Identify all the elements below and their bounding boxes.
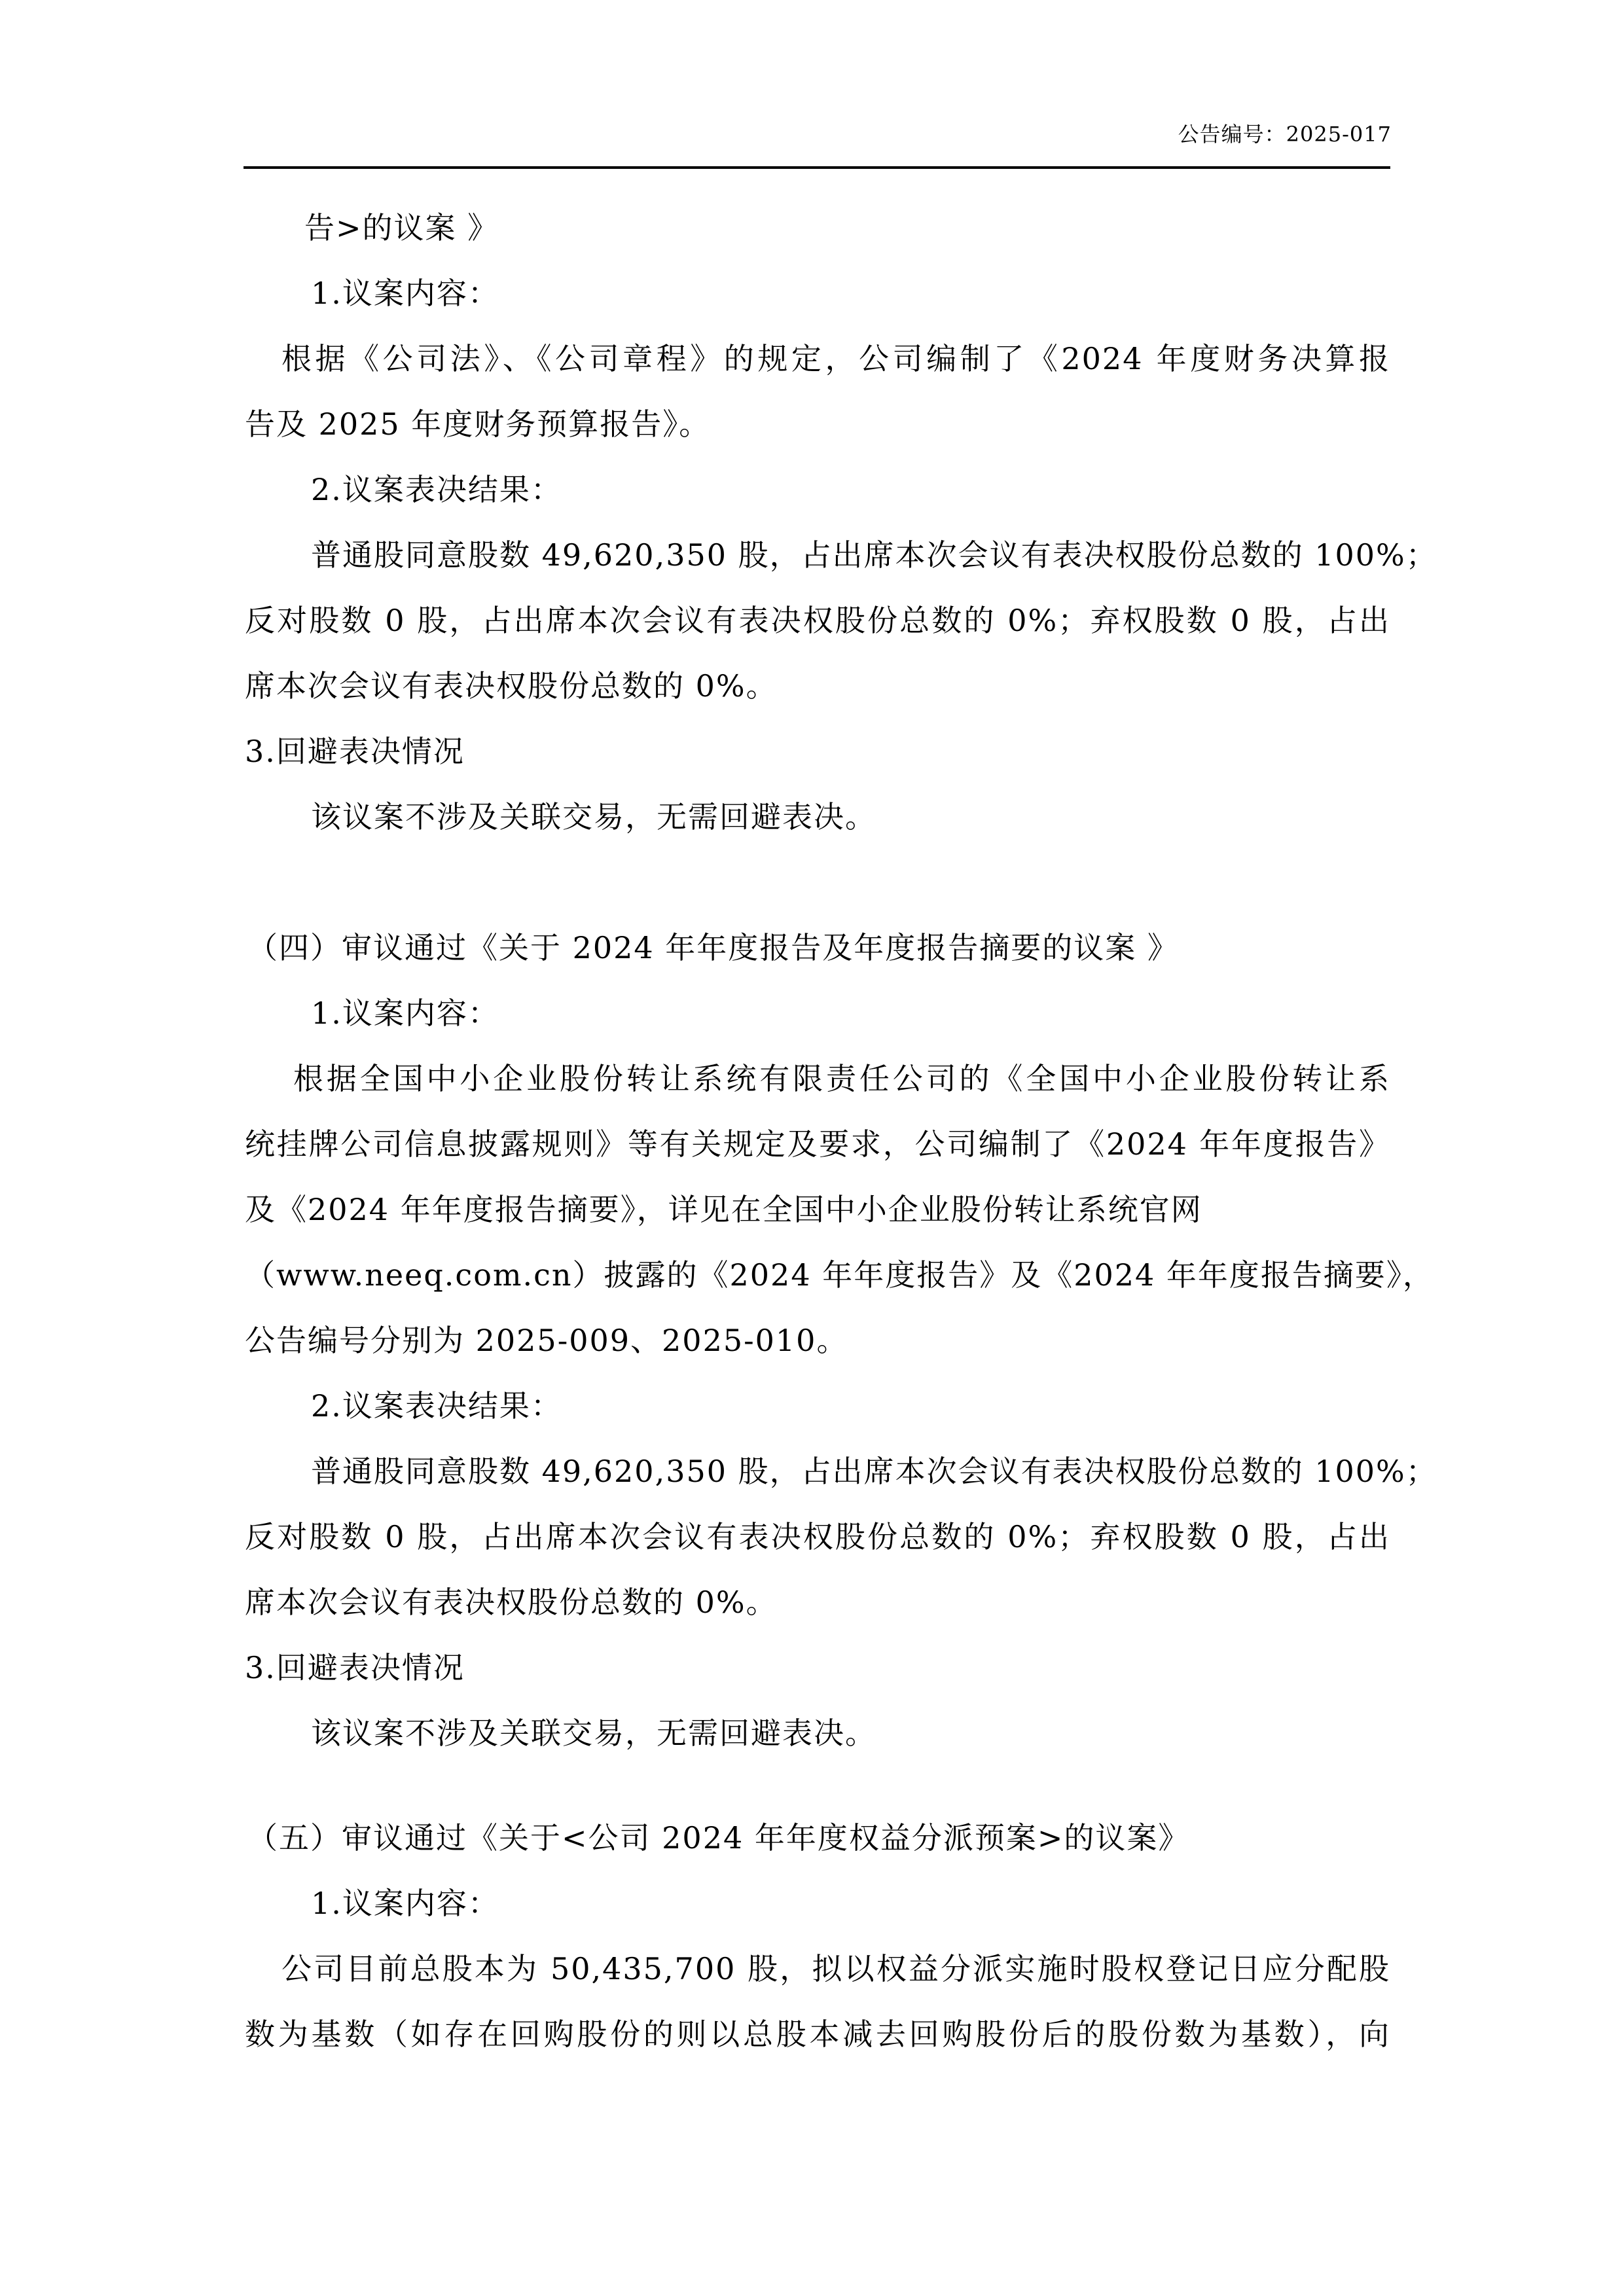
text-line: 席本次会议有表决权股份总数的 0%。: [245, 666, 778, 706]
text-line: 反对股数 0 股，占出席本次会议有表决权股份总数的 0%；弃权股数 0 股，占出: [245, 601, 1390, 640]
text-line: 及《2024 年年度报告摘要》，详见在全国中小企业股份转让系统官网: [245, 1190, 1202, 1229]
text-line: 2.议案表决结果：: [311, 470, 562, 509]
text-line: 3.回避表决情况: [245, 1648, 465, 1687]
text-line: 该议案不涉及关联交易，无需回避表决。: [311, 1713, 876, 1753]
text-line: 普通股同意股数 49,620,350 股，占出席本次会议有表决权股份总数的 10…: [311, 535, 1437, 575]
text-line: （www.neeq.com.cn）披露的《2024 年年度报告》及《2024 年…: [245, 1255, 1390, 1295]
text-line: 席本次会议有表决权股份总数的 0%。: [245, 1583, 778, 1622]
text-line: 普通股同意股数 49,620,350 股，占出席本次会议有表决权股份总数的 10…: [311, 1452, 1437, 1491]
text-line: 告及 2025 年度财务预算报告》。: [245, 404, 710, 444]
text-line: 1.议案内容：: [311, 274, 499, 313]
text-line: （五）审议通过《关于<公司 2024 年年度权益分派预案>的议案》: [247, 1818, 1189, 1857]
text-line: 该议案不涉及关联交易，无需回避表决。: [311, 797, 876, 836]
text-line: 反对股数 0 股，占出席本次会议有表决权股份总数的 0%；弃权股数 0 股，占出: [245, 1517, 1390, 1556]
text-line: 数为基数（如存在回购股份的则以总股本减去回购股份后的股份数为基数），向: [245, 2015, 1390, 2054]
text-line: 告>的议案 》: [304, 208, 499, 247]
text-line: （四）审议通过《关于 2024 年年度报告及年度报告摘要的议案 》: [247, 928, 1179, 967]
text-line: 1.议案内容：: [311, 994, 499, 1033]
text-line: 2.议案表决结果：: [311, 1386, 562, 1426]
text-line: 根据《公司法》、《公司章程》的规定，公司编制了《2024 年度财务决算报: [281, 339, 1390, 378]
text-line: 统挂牌公司信息披露规则》等有关规定及要求，公司编制了《2024 年年度报告》: [245, 1124, 1390, 1164]
text-line: 1.议案内容：: [311, 1884, 499, 1923]
text-line: 3.回避表决情况: [245, 732, 465, 771]
header-divider: [244, 166, 1390, 169]
text-line: 公告编号分别为 2025-009、2025-010。: [245, 1321, 848, 1360]
announcement-number: 公告编号：2025-017: [1178, 118, 1392, 148]
text-line: 公司目前总股本为 50,435,700 股，拟以权益分派实施时股权登记日应分配股: [281, 1949, 1390, 1988]
text-line: 根据全国中小企业股份转让系统有限责任公司的《全国中小企业股份转让系: [293, 1059, 1390, 1098]
